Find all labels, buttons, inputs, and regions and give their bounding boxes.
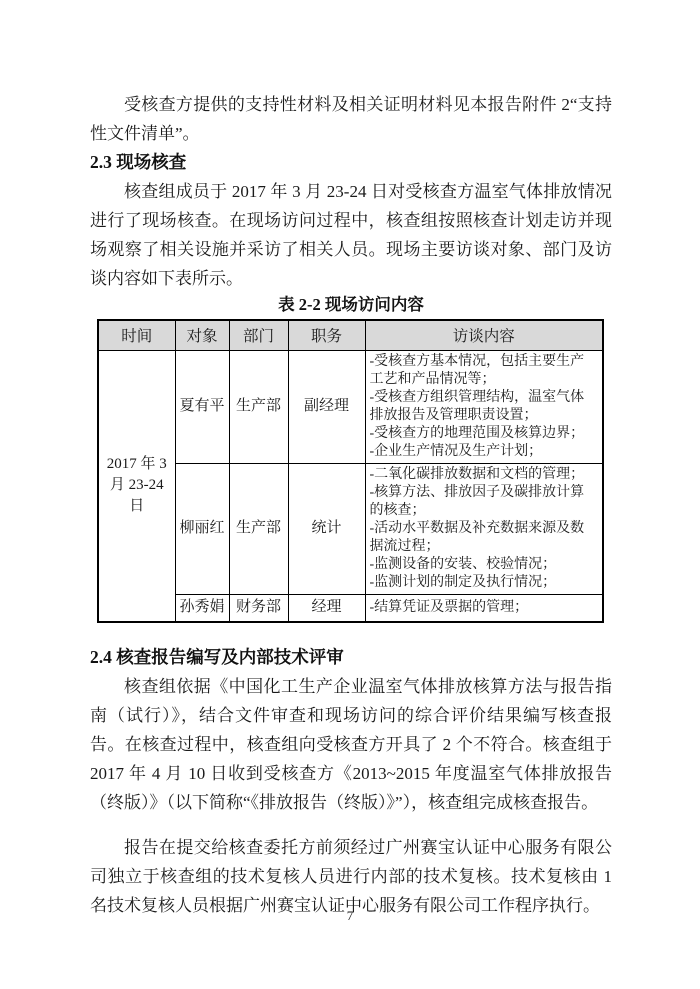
department-cell: 财务部 [229, 594, 288, 622]
title-cell: 统计 [288, 463, 365, 594]
department-cell: 生产部 [229, 463, 288, 594]
table-caption: 表 2-2 现场访问内容 [90, 294, 612, 316]
header-department: 部门 [229, 320, 288, 350]
section-2-4-paragraph-1: 核查组依据《中国化工生产企业温室气体排放核算方法与报告指南（试行）》，结合文件审… [90, 672, 612, 817]
document-page: 受核查方提供的支持性材料及相关证明材料见本报告附件 2“支持性文件清单”。 2.… [0, 0, 700, 989]
topics-cell: -二氧化碳排放数据和文档的管理； -核算方法、排放因子及碳排放计算的核查； -活… [365, 463, 603, 594]
table-row: 2017 年 3 月 23-24 日 夏有平 生产部 副经理 -受核查方基本情况… [98, 350, 603, 463]
time-cell: 2017 年 3 月 23-24 日 [98, 350, 175, 622]
person-cell: 柳丽红 [175, 463, 229, 594]
topic-item: -监测设备的安装、校验情况； [370, 556, 599, 574]
topic-item: -核算方法、排放因子及碳排放计算的核查； [370, 484, 599, 520]
title-cell: 经理 [288, 594, 365, 622]
site-visit-table: 时间 对象 部门 职务 访谈内容 2017 年 3 月 23-24 日 夏有平 … [97, 319, 604, 623]
section-2-3-heading: 2.3 现场核查 [90, 148, 612, 177]
table-header-row: 时间 对象 部门 职务 访谈内容 [98, 320, 603, 350]
topic-item: -受核查方的地理范围及核算边界； [370, 425, 599, 443]
section-2-4-heading: 2.4 核查报告编写及内部技术评审 [90, 643, 612, 672]
page-number: 7 [0, 908, 700, 924]
topic-item: -企业生产情况及生产计划； [370, 443, 599, 461]
section-2-3-paragraph: 核查组成员于 2017 年 3 月 23-24 日对受核查方温室气体排放情况进行… [90, 177, 612, 293]
topic-item: -受核查方基本情况，包括主要生产工艺和产品情况等； [370, 353, 599, 389]
person-cell: 孙秀娟 [175, 594, 229, 622]
section-2-4-paragraph-2: 报告在提交给核查委托方前须经过广州赛宝认证中心服务有限公司独立于核查组的技术复核… [90, 833, 612, 920]
person-cell: 夏有平 [175, 350, 229, 463]
header-time: 时间 [98, 320, 175, 350]
topics-cell: -结算凭证及票据的管理； [365, 594, 603, 622]
page-content: 受核查方提供的支持性材料及相关证明材料见本报告附件 2“支持性文件清单”。 2.… [90, 90, 612, 920]
header-topics: 访谈内容 [365, 320, 603, 350]
department-cell: 生产部 [229, 350, 288, 463]
topic-item: -二氧化碳排放数据和文档的管理； [370, 466, 599, 484]
intro-paragraph: 受核查方提供的支持性材料及相关证明材料见本报告附件 2“支持性文件清单”。 [90, 90, 612, 148]
topic-item: -受核查方组织管理结构，温室气体排放报告及管理职责设置； [370, 389, 599, 425]
topic-item: -活动水平数据及补充数据来源及数据流过程； [370, 520, 599, 556]
header-title: 职务 [288, 320, 365, 350]
header-person: 对象 [175, 320, 229, 350]
topic-item: -结算凭证及票据的管理； [370, 599, 599, 617]
topics-cell: -受核查方基本情况，包括主要生产工艺和产品情况等； -受核查方组织管理结构，温室… [365, 350, 603, 463]
topic-item: -监测计划的制定及执行情况； [370, 574, 599, 592]
title-cell: 副经理 [288, 350, 365, 463]
